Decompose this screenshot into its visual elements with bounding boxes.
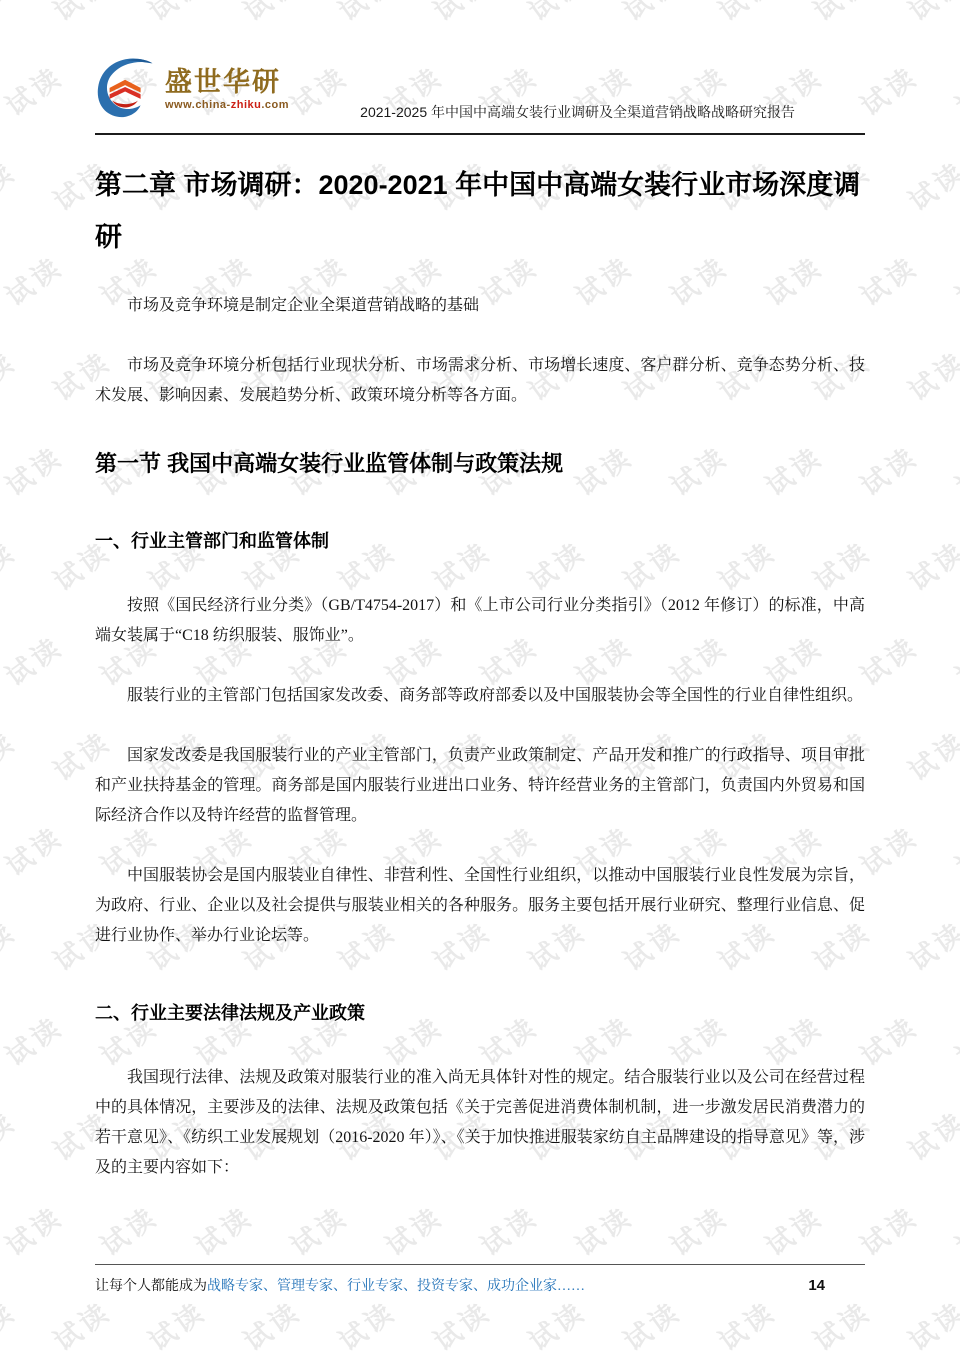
watermark-text: 试读 [804, 1291, 877, 1357]
watermark-text: 试读 [0, 1291, 23, 1357]
watermark-text: 试读 [946, 1196, 960, 1264]
logo-text-block: 盛世华研 www.china-zhiku.com [165, 69, 289, 111]
watermark-text: 试读 [614, 1291, 687, 1357]
subsection-title: 二、行业主要法律法规及产业政策 [95, 1001, 865, 1025]
page-footer: 让每个人都能成为战略专家、管理专家、行业专家、投资专家、成功企业家…… 14 [95, 1264, 865, 1295]
watermark-text: 试读 [139, 1291, 212, 1357]
intro-paragraph: 市场及竞争环境分析包括行业现状分析、市场需求分析、市场增长速度、客户群分析、竞争… [95, 351, 865, 411]
watermark-text: 试读 [91, 1196, 164, 1264]
logo-website-url: www.china-zhiku.com [165, 100, 289, 111]
section-title: 第一节 我国中高端女装行业监管体制与政策法规 [95, 449, 865, 479]
logo-url-highlight: zhiku [231, 99, 262, 111]
chapter-title: 第二章 市场调研：2020-2021 年中国中高端女装行业市场深度调研 [95, 159, 865, 263]
watermark-text: 试读 [376, 1196, 449, 1264]
watermark-text: 试读 [424, 1291, 497, 1357]
watermark-text: 试读 [0, 1196, 70, 1264]
body-paragraph: 国家发改委是我国服装行业的产业主管部门，负责产业政策制定、产品开发和推广的行政指… [95, 741, 865, 831]
footer-slogan-prefix: 让每个人都能成为 [95, 1279, 207, 1294]
body-paragraph: 服装行业的主管部门包括国家发改委、商务部等政府部委以及中国服装协会等全国性的行业… [95, 681, 865, 711]
company-logo: 盛世华研 www.china-zhiku.com [95, 55, 289, 124]
watermark-text: 试读 [899, 1291, 960, 1357]
document-page: 试读试读试读试读试读试读试读试读试读试读试读试读试读试读试读试读试读试读试读试读… [0, 0, 960, 1357]
swirl-book-logo-icon [95, 55, 157, 124]
intro-paragraph: 市场及竞争环境是制定企业全渠道营销战略的基础 [95, 291, 865, 321]
body-paragraph: 中国服装协会是国内服装业自律性、非营利性、全国性行业组织，以推动中国服装行业良性… [95, 861, 865, 951]
logo-company-name: 盛世华研 [165, 69, 289, 96]
logo-url-prefix: www.china- [165, 99, 231, 111]
watermark-text: 试读 [281, 1196, 354, 1264]
watermark-text: 试读 [44, 1291, 117, 1357]
body-paragraph: 我国现行法律、法规及政策对服装行业的准入尚无具体针对性的规定。结合服装行业以及公… [95, 1063, 865, 1183]
logo-url-suffix: .com [261, 99, 289, 111]
watermark-text: 试读 [756, 1196, 829, 1264]
watermark-text: 试读 [471, 1196, 544, 1264]
report-title: 2021-2025 年中国中高端女装行业调研及全渠道营销战略战略研究报告 [360, 102, 795, 122]
watermark-text: 试读 [519, 1291, 592, 1357]
page-header: 盛世华研 www.china-zhiku.com 2021-2025 年中国中高… [95, 55, 865, 135]
body-paragraph: 按照《国民经济行业分类》（GB/T4754-2017）和《上市公司行业分类指引》… [95, 591, 865, 651]
watermark-text: 试读 [851, 1196, 924, 1264]
watermark-text: 试读 [709, 1291, 782, 1357]
watermark-text: 试读 [661, 1196, 734, 1264]
watermark-text: 试读 [234, 1291, 307, 1357]
watermark-text: 试读 [186, 1196, 259, 1264]
subsection-title: 一、行业主管部门和监管体制 [95, 529, 865, 553]
watermark-text: 试读 [329, 1291, 402, 1357]
watermark-text: 试读 [566, 1196, 639, 1264]
page-number: 14 [808, 1277, 825, 1294]
footer-slogan: 让每个人都能成为战略专家、管理专家、行业专家、投资专家、成功企业家…… [95, 1275, 585, 1295]
page-content: 盛世华研 www.china-zhiku.com 2021-2025 年中国中高… [0, 0, 960, 1183]
footer-slogan-highlight: 战略专家、管理专家、行业专家、投资专家、成功企业家…… [207, 1279, 585, 1294]
